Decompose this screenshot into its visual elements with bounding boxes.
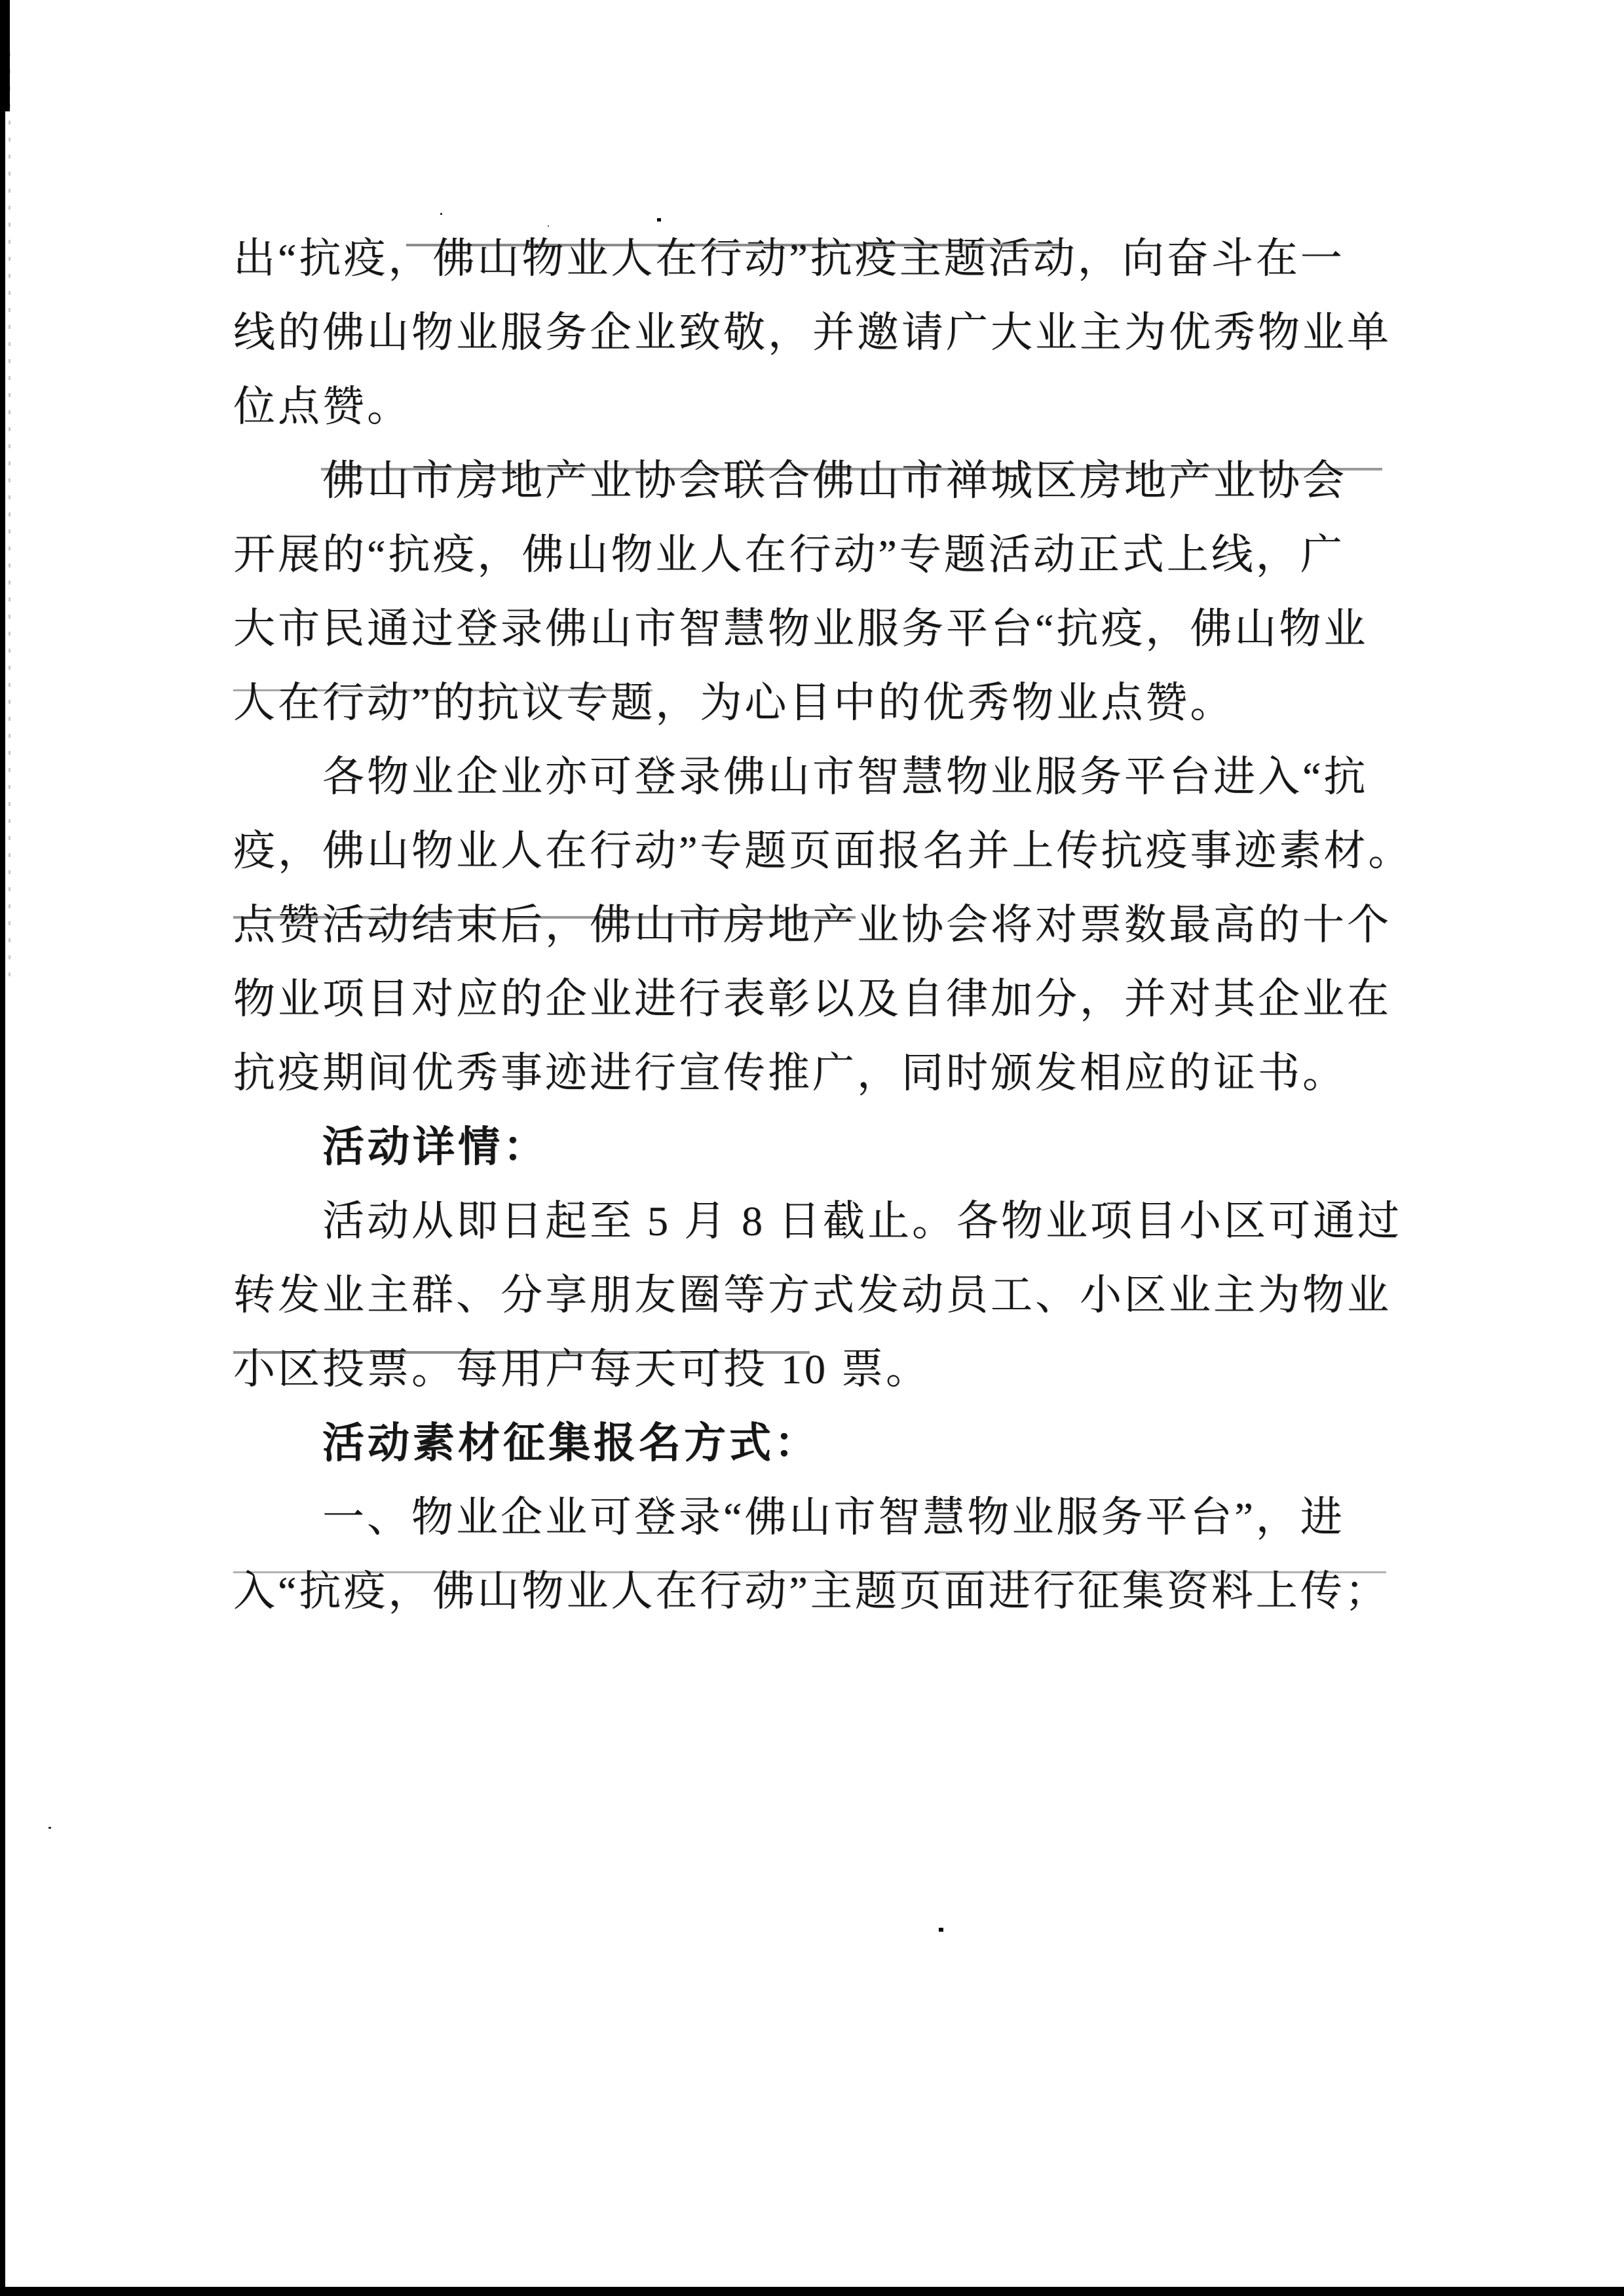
document-body: 出“抗疫，佛山物业人在行动”抗疫主题活动，向奋斗在一 线的佛山物业服务企业致敬，…: [233, 221, 1412, 1628]
text-line: 活动从即日起至 5 月 8 日截止。各物业项目小区可通过: [233, 1184, 1412, 1258]
text-line: 抗疫期间优秀事迹进行宣传推广，同时颁发相应的证书。: [233, 1036, 1412, 1110]
text-line: 位点赞。: [233, 370, 1412, 444]
text-line: 线的佛山物业服务企业致敬，并邀请广大业主为优秀物业单: [233, 296, 1412, 370]
text-line: 转发业主群、分享朋友圈等方式发动员工、小区业主为物业: [233, 1258, 1412, 1332]
text-line: 人在行动”的抗议专题，为心目中的优秀物业点赞。: [233, 666, 1412, 740]
text-line: 疫，佛山物业人在行动”专题页面报名并上传抗疫事迹素材。: [233, 814, 1412, 888]
scan-edge-bottom: [0, 2287, 1624, 2296]
text-line: 开展的“抗疫，佛山物业人在行动”专题活动正式上线，广: [233, 518, 1412, 592]
text-line: 一、物业企业可登录“佛山市智慧物业服务平台”，进: [233, 1480, 1412, 1554]
scanned-document-page: 出“抗疫，佛山物业人在行动”抗疫主题活动，向奋斗在一 线的佛山物业服务企业致敬，…: [0, 0, 1624, 2296]
text-line: 点赞活动结束后，佛山市房地产业协会将对票数最高的十个: [233, 888, 1412, 962]
toner-speck: [48, 1827, 51, 1829]
scan-edge-left: [0, 0, 5, 2296]
section-heading: 活动素材征集报名方式：: [233, 1406, 1412, 1480]
text-line: 大市民通过登录佛山市智慧物业服务平台“抗疫，佛山物业: [233, 592, 1412, 666]
toner-speck: [939, 1928, 943, 1932]
text-line: 各物业企业亦可登录佛山市智慧物业服务平台进入“抗: [233, 740, 1412, 814]
scan-edge-left-faint-dashes: [9, 52, 10, 983]
text-line: 入“抗疫，佛山物业人在行动”主题页面进行征集资料上传；: [233, 1554, 1412, 1628]
text-line: 小区投票。每用户每天可投 10 票。: [233, 1332, 1412, 1406]
section-heading: 活动详情：: [233, 1110, 1412, 1184]
text-line: 佛山市房地产业协会联合佛山市禅城区房地产业协会: [233, 444, 1412, 518]
text-line: 物业项目对应的企业进行表彰以及自律加分，并对其企业在: [233, 962, 1412, 1036]
toner-speck: [440, 213, 442, 215]
text-line: 出“抗疫，佛山物业人在行动”抗疫主题活动，向奋斗在一: [233, 221, 1412, 296]
